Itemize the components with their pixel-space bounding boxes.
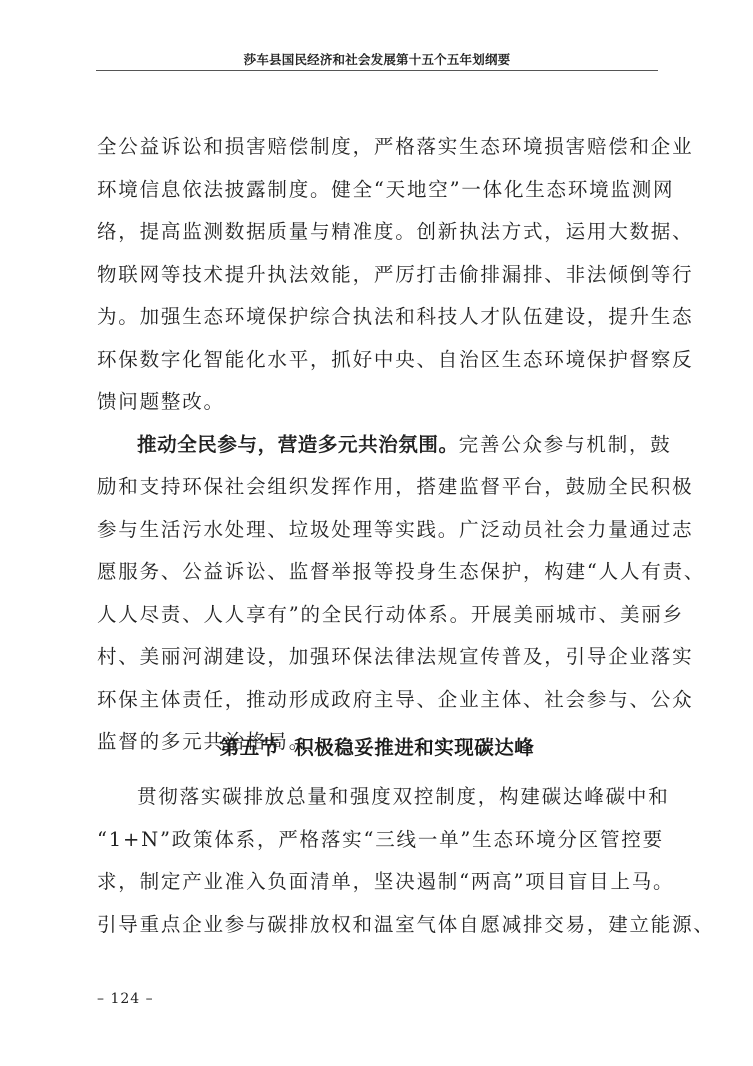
text-line: 励和支持环保社会组织发挥作用，搭建监督平台，鼓励全民积极 — [97, 466, 657, 509]
bold-lead-heading: 推动全民参与，营造多元共治氛围。 — [137, 433, 459, 456]
text-line: 村、美丽河湖建设，加强环保法律法规宣传普及，引导企业落实 — [97, 636, 657, 679]
section-heading: 第五节 积极稳妥推进和实现碳达峰 — [97, 732, 657, 760]
paragraph-continued: 全公益诉讼和损害赔偿制度，严格落实生态环境损害赔偿和企业 环境信息依法披露制度。… — [97, 126, 657, 764]
text-line: 环保主体责任，推动形成政府主导、企业主体、社会参与、公众 — [97, 679, 657, 722]
text-line: 络，提高监测数据质量与精准度。创新执法方式，运用大数据、 — [97, 211, 657, 254]
running-header: 莎车县国民经济和社会发展第十五个五年划纲要 — [96, 50, 658, 68]
paragraph-first-line: 推动全民参与，营造多元共治氛围。完善公众参与机制，鼓 — [97, 424, 657, 467]
text-line: 愿服务、公益诉讼、监督举报等投身生态保护，构建“人人有责、 — [97, 551, 657, 594]
text-line: 馈问题整改。 — [97, 381, 657, 424]
header-divider — [96, 70, 658, 71]
text-line: 物联网等技术提升执法效能，严厉打击偷排漏排、非法倾倒等行 — [97, 254, 657, 297]
text-line: 求，制定产业准入负面清单，坚决遏制“两高”项目盲目上马。 — [97, 861, 657, 904]
text-span: 完善公众参与机制，鼓 — [459, 433, 672, 456]
text-line: 全公益诉讼和损害赔偿制度，严格落实生态环境损害赔偿和企业 — [97, 126, 657, 169]
section-paragraph: 贯彻落实碳排放总量和强度双控制度，构建碳达峰碳中和 “1+N”政策体系，严格落实… — [97, 776, 657, 946]
text-line: “1+N”政策体系，严格落实“三线一单”生态环境分区管控要 — [97, 819, 657, 862]
text-line: 人人尽责、人人享有”的全民行动体系。开展美丽城市、美丽乡 — [97, 594, 657, 637]
text-line: 引导重点企业参与碳排放权和温室气体自愿减排交易，建立能源、 — [97, 904, 657, 947]
text-line: 环保数字化智能化水平，抓好中央、自治区生态环境保护督察反 — [97, 339, 657, 382]
text-line: 环境信息依法披露制度。健全“天地空”一体化生态环境监测网 — [97, 169, 657, 212]
text-line: 为。加强生态环境保护综合执法和科技人才队伍建设，提升生态 — [97, 296, 657, 339]
page-number: – 124 – — [97, 991, 154, 1007]
text-line: 贯彻落实碳排放总量和强度双控制度，构建碳达峰碳中和 — [97, 776, 657, 819]
text-line: 参与生活污水处理、垃圾处理等实践。广泛动员社会力量通过志 — [97, 509, 657, 552]
